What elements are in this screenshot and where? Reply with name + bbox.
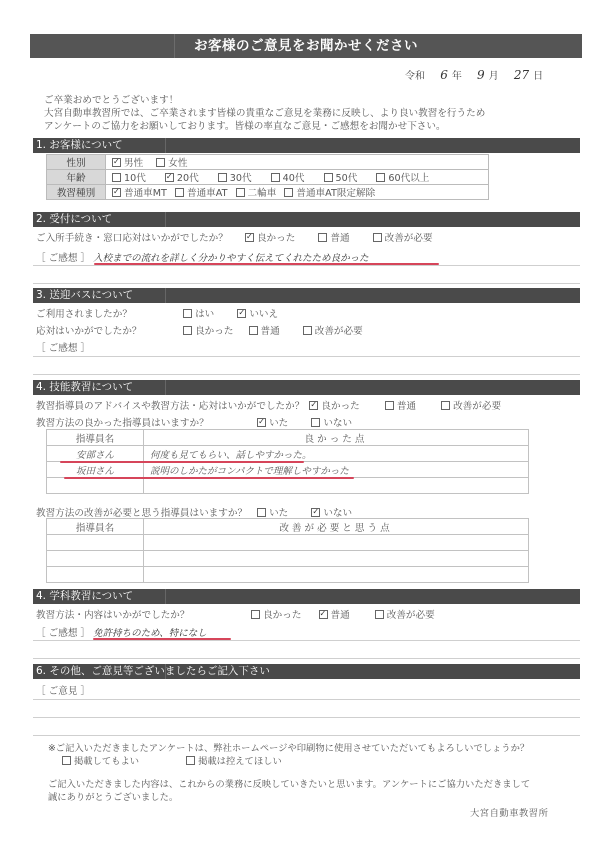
other-comment-row: ［ ご意見 ］: [36, 683, 90, 697]
date-day[interactable]: 27: [514, 68, 529, 82]
instructor-eval-question: 教習指導員のアドバイスや教習方法・応対はいかがでしたか？ 良かった 普通 改善が…: [36, 398, 511, 412]
survey-title-bar: お客様のご意見をお聞かせください: [30, 34, 582, 58]
checkbox-icon[interactable]: [311, 418, 320, 427]
option-label: 普通: [330, 233, 349, 244]
table-row: [47, 535, 529, 551]
comment-line: [33, 658, 580, 659]
section-2-title: 2. 受付について: [36, 213, 112, 225]
comment-label: ［ ご感想 ］: [36, 343, 90, 354]
checkbox-icon[interactable]: [183, 326, 192, 335]
option-label: 男性: [124, 158, 143, 169]
checkbox-icon[interactable]: [376, 173, 385, 182]
option-label: 改善が必要: [453, 401, 501, 412]
comment-line: [33, 283, 580, 284]
intro-text: ご卒業おめでとうございます！ 大宮自動車教習所では、ご卒業されます皆様の貴重なご…: [44, 94, 485, 133]
age-label: 年齢: [47, 170, 106, 185]
classroom-option-normal[interactable]: 普通: [319, 607, 350, 621]
checkbox-icon[interactable]: [373, 233, 382, 242]
gender-option-male[interactable]: 男性: [112, 155, 143, 169]
comment-label: ［ ご意見 ］: [36, 686, 90, 697]
option-label: 二輪車: [248, 188, 277, 199]
checkbox-icon[interactable]: [62, 756, 71, 765]
section-1-header: 1. お客様について: [33, 138, 580, 153]
instructor-name-cell[interactable]: 安部さん: [47, 446, 144, 462]
comment-line: [33, 717, 580, 718]
table-row: [47, 551, 529, 567]
section-3-title: 3. 送迎バスについて: [36, 289, 133, 301]
classroom-question-row: 教習方法・内容はいかがでしたか？ 良かった 普通 改善が必要: [36, 607, 445, 621]
thanks-line-1: ご記入いただきました内容は、これからの業務に反映していきたいと思います。アンケー…: [48, 779, 530, 792]
comment-line: [33, 374, 580, 375]
course-option-motorcycle[interactable]: 二輪車: [236, 185, 277, 199]
good-instructor-no[interactable]: いない: [311, 415, 352, 429]
option-label: 良かった: [195, 326, 233, 337]
instructor-eval-good[interactable]: 良かった: [309, 398, 359, 412]
instructor-name-cell[interactable]: [47, 478, 144, 494]
checkbox-checked-icon[interactable]: [309, 401, 318, 410]
publish-option-decline[interactable]: 掲載は控えてほしい: [186, 756, 282, 769]
checkbox-icon[interactable]: [112, 173, 121, 182]
option-label: 改善が必要: [385, 233, 433, 244]
section-1-title: 1. お客様について: [36, 139, 123, 151]
bad-instructor-label: 教習方法の改善が必要と思う指導員はいますか？: [36, 505, 254, 519]
checkbox-icon[interactable]: [156, 158, 165, 167]
checkbox-checked-icon[interactable]: [237, 309, 246, 318]
checkbox-icon[interactable]: [186, 756, 195, 765]
column-header-instructor: 指導員名: [47, 430, 144, 446]
section-bar-seam: [165, 288, 166, 303]
gender-option-female[interactable]: 女性: [156, 155, 187, 169]
checkbox-icon[interactable]: [318, 233, 327, 242]
instructor-eval-needs-improvement[interactable]: 改善が必要: [441, 398, 501, 412]
option-label: 掲載してもよい: [74, 756, 139, 767]
table-header-row: 指導員名 良かった点: [47, 430, 529, 446]
comment-label: ［ ご感想 ］: [36, 253, 90, 264]
checkbox-icon[interactable]: [271, 173, 280, 182]
publish-options: 掲載してもよい 掲載は控えてほしい: [62, 756, 292, 769]
customer-info-table: 性別 男性 女性 年齢 10代 20代 30代 40代 50代 60代以上 教習…: [46, 154, 489, 200]
checkbox-checked-icon[interactable]: [245, 233, 254, 242]
checkbox-checked-icon[interactable]: [112, 188, 121, 197]
bus-service-good[interactable]: 良かった: [183, 323, 233, 337]
bus-used-question: ご利用されましたか？ はい いいえ: [36, 306, 288, 320]
course-type-row: 教習種別 普通車MT 普通車AT 二輪車 普通車AT限定解除: [47, 185, 489, 200]
option-label: 普通: [261, 326, 280, 337]
option-label: 20代: [177, 173, 199, 184]
column-header-instructor: 指導員名: [47, 519, 144, 535]
comment-line: [33, 265, 580, 266]
option-label: 改善が必要: [387, 610, 435, 621]
section-2-header: 2. 受付について: [33, 212, 580, 227]
bus-service-label: 応対はいかがでしたか？: [36, 323, 180, 337]
checkbox-checked-icon[interactable]: [165, 173, 174, 182]
date-year[interactable]: 6: [440, 68, 448, 82]
section-3-header: 3. 送迎バスについて: [33, 288, 580, 303]
date-era: 令和: [405, 71, 425, 82]
bus-used-no[interactable]: いいえ: [237, 306, 278, 320]
section-5-header: 4. 学科教習について: [33, 589, 580, 604]
checkbox-icon[interactable]: [324, 173, 333, 182]
option-label: 良かった: [257, 233, 295, 244]
bus-service-needs-improvement[interactable]: 改善が必要: [303, 323, 363, 337]
date-month-unit: 月: [489, 71, 499, 82]
course-type-label: 教習種別: [47, 185, 106, 200]
column-header-good-points: 良かった点: [144, 430, 529, 446]
instructor-eval-normal[interactable]: 普通: [385, 398, 416, 412]
option-label: 良かった: [263, 610, 301, 621]
course-option-at[interactable]: 普通車AT: [175, 185, 227, 199]
age-options: 10代 20代 30代 40代 50代 60代以上: [106, 170, 489, 185]
checkbox-icon[interactable]: [441, 401, 450, 410]
option-label: 女性: [168, 158, 187, 169]
comment-line: [33, 356, 580, 357]
good-point-cell[interactable]: 何度も見てもらい、話しやすかった。: [144, 446, 529, 462]
option-label: 改善が必要: [315, 326, 363, 337]
instructor-name-cell[interactable]: [47, 535, 144, 551]
bad-instructor-yes[interactable]: いた: [257, 505, 288, 519]
checkbox-icon[interactable]: [183, 309, 192, 318]
table-row: 坂田さん 説明のしかたがコンパクトで理解しやすかった: [47, 462, 529, 478]
section-4-header: 4. 技能教習について: [33, 380, 580, 395]
option-label: いた: [269, 418, 288, 429]
bus-comment-row: ［ ご感想 ］: [36, 340, 90, 354]
checkbox-icon[interactable]: [175, 188, 184, 197]
intro-line-2: 大宮自動車教習所では、ご卒業されます皆様の貴重なご意見を業務に反映し、より良い教…: [44, 107, 485, 120]
classroom-question: 教習方法・内容はいかがでしたか？: [36, 607, 248, 621]
school-signature: 大宮自動車教習所: [470, 808, 548, 821]
checkbox-icon[interactable]: [385, 401, 394, 410]
age-option-10s[interactable]: 10代: [112, 170, 146, 184]
age-option-40s[interactable]: 40代: [271, 170, 305, 184]
column-header-improvement-points: 改善が必要と思う点: [144, 519, 529, 535]
bad-instructor-no[interactable]: いない: [311, 505, 352, 519]
age-option-20s[interactable]: 20代: [165, 170, 199, 184]
good-instructor-yes[interactable]: いた: [257, 415, 288, 429]
course-option-at-limit-removal[interactable]: 普通車AT限定解除: [284, 185, 375, 199]
gender-row: 性別 男性 女性: [47, 155, 489, 170]
age-row: 年齢 10代 20代 30代 40代 50代 60代以上: [47, 170, 489, 185]
comment-line: [33, 735, 580, 736]
reception-comment-row: ［ ご感想 ］ 入校までの流れを詳しく分かりやすく伝えてくれたため良かった: [36, 250, 369, 264]
option-label: 普通車AT: [187, 188, 227, 199]
reception-option-normal[interactable]: 普通: [318, 230, 349, 244]
classroom-comment-row: ［ ご感想 ］ 免許持ちのため、特になし: [36, 625, 207, 639]
date-field: 令和 6年 9月 27日: [405, 67, 543, 82]
option-label: 50代: [336, 173, 358, 184]
gender-label: 性別: [47, 155, 106, 170]
age-option-60s-plus[interactable]: 60代以上: [376, 170, 429, 184]
checkbox-icon[interactable]: [236, 188, 245, 197]
bad-instructor-question: 教習方法の改善が必要と思う指導員はいますか？ いた いない: [36, 505, 362, 519]
option-label: 60代以上: [388, 173, 429, 184]
thanks-text: ご記入いただきました内容は、これからの業務に反映していきたいと思います。アンケー…: [48, 779, 530, 804]
good-point-cell[interactable]: [144, 478, 529, 494]
checkbox-icon[interactable]: [375, 610, 384, 619]
red-underline: [64, 477, 354, 479]
improvement-point-cell[interactable]: [144, 567, 529, 583]
option-label: 普通車AT限定解除: [296, 188, 375, 199]
section-bar-seam: [165, 380, 166, 395]
bus-service-normal[interactable]: 普通: [249, 323, 280, 337]
section-4-title: 4. 技能教習について: [36, 381, 133, 393]
instructor-name-cell[interactable]: 坂田さん: [47, 462, 144, 478]
option-label: 30代: [230, 173, 252, 184]
date-day-unit: 日: [533, 71, 543, 82]
good-instructor-label: 教習方法の良かった指導員はいますか？: [36, 415, 254, 429]
option-label: はい: [195, 309, 214, 320]
option-label: 10代: [124, 173, 146, 184]
survey-title: お客様のご意見をお聞かせください: [194, 38, 418, 54]
section-6-title: 6. その他、ご意見等ございましたらご記入下さい: [36, 665, 270, 677]
checkbox-icon[interactable]: [218, 173, 227, 182]
option-label: 40代: [283, 173, 305, 184]
table-header-row: 指導員名 改善が必要と思う点: [47, 519, 529, 535]
comment-line: [33, 640, 580, 641]
checkbox-checked-icon[interactable]: [311, 508, 320, 517]
section-bar-seam: [165, 138, 166, 153]
course-option-mt[interactable]: 普通車MT: [112, 185, 167, 199]
section-6-header: 6. その他、ご意見等ございましたらご記入下さい: [33, 664, 580, 679]
checkbox-icon[interactable]: [303, 326, 312, 335]
checkbox-icon[interactable]: [257, 508, 266, 517]
table-row: 安部さん 何度も見てもらい、話しやすかった。: [47, 446, 529, 462]
comment-line: [33, 699, 580, 700]
instructor-name-cell[interactable]: [47, 567, 144, 583]
section-bar-seam: [165, 589, 166, 604]
reception-option-needs-improvement[interactable]: 改善が必要: [373, 230, 433, 244]
reception-question-row: ご入所手続き・窓口応対はいかがでしたか？ 良かった 普通 改善が必要: [36, 230, 443, 244]
option-label: いない: [323, 418, 352, 429]
date-year-unit: 年: [452, 71, 462, 82]
improvement-point-cell[interactable]: [144, 551, 529, 567]
good-point-cell[interactable]: 説明のしかたがコンパクトで理解しやすかった: [144, 462, 529, 478]
bus-used-label: ご利用されましたか？: [36, 306, 180, 320]
age-option-50s[interactable]: 50代: [324, 170, 358, 184]
instructor-eval-label: 教習指導員のアドバイスや教習方法・応対はいかがでしたか？: [36, 401, 304, 412]
option-label: 掲載は控えてほしい: [198, 756, 282, 767]
red-underline: [60, 461, 304, 463]
reception-question: ご入所手続き・窓口応対はいかがでしたか？: [36, 233, 228, 244]
checkbox-checked-icon[interactable]: [257, 418, 266, 427]
thanks-line-2: 誠にありがとうございました。: [48, 792, 530, 805]
option-label: いいえ: [249, 309, 278, 320]
publish-option-allow[interactable]: 掲載してもよい: [62, 756, 139, 769]
publish-question: ※ご記入いただきましたアンケートは、弊社ホームページや印刷物に使用させていただい…: [48, 743, 529, 756]
bus-service-question: 応対はいかがでしたか？ 良かった 普通 改善が必要: [36, 323, 373, 337]
section-bar-seam: [165, 212, 166, 227]
section-5-title: 4. 学科教習について: [36, 590, 133, 602]
option-label: 普通: [397, 401, 416, 412]
course-type-options: 普通車MT 普通車AT 二輪車 普通車AT限定解除: [106, 185, 489, 200]
gender-options: 男性 女性: [106, 155, 489, 170]
option-label: 良かった: [321, 401, 359, 412]
date-month[interactable]: 9: [477, 68, 485, 82]
checkbox-icon[interactable]: [249, 326, 258, 335]
reception-option-good[interactable]: 良かった: [245, 230, 295, 244]
bus-used-yes[interactable]: はい: [183, 306, 214, 320]
checkbox-icon[interactable]: [284, 188, 293, 197]
improvement-point-cell[interactable]: [144, 535, 529, 551]
table-row: [47, 478, 529, 494]
classroom-option-needs-improvement[interactable]: 改善が必要: [375, 607, 435, 621]
good-instructor-question: 教習方法の良かった指導員はいますか？ いた いない: [36, 415, 362, 429]
bad-instructor-table: 指導員名 改善が必要と思う点: [46, 518, 529, 583]
comment-label: ［ ご感想 ］: [36, 628, 90, 639]
option-label: 普通: [331, 610, 350, 621]
instructor-name-cell[interactable]: [47, 551, 144, 567]
checkbox-checked-icon[interactable]: [319, 610, 328, 619]
table-row: [47, 567, 529, 583]
intro-line-3: アンケートのご協力をお願いしております。皆様の率直なご意見・ご感想をお聞かせ下さ…: [44, 120, 485, 133]
section-bar-seam: [165, 664, 166, 679]
classroom-option-good[interactable]: 良かった: [251, 607, 301, 621]
checkbox-icon[interactable]: [251, 610, 260, 619]
age-option-30s[interactable]: 30代: [218, 170, 252, 184]
option-label: 普通車MT: [124, 188, 167, 199]
title-bar-seam: [174, 34, 175, 58]
intro-line-1: ご卒業おめでとうございます！: [44, 94, 485, 107]
checkbox-checked-icon[interactable]: [112, 158, 121, 167]
